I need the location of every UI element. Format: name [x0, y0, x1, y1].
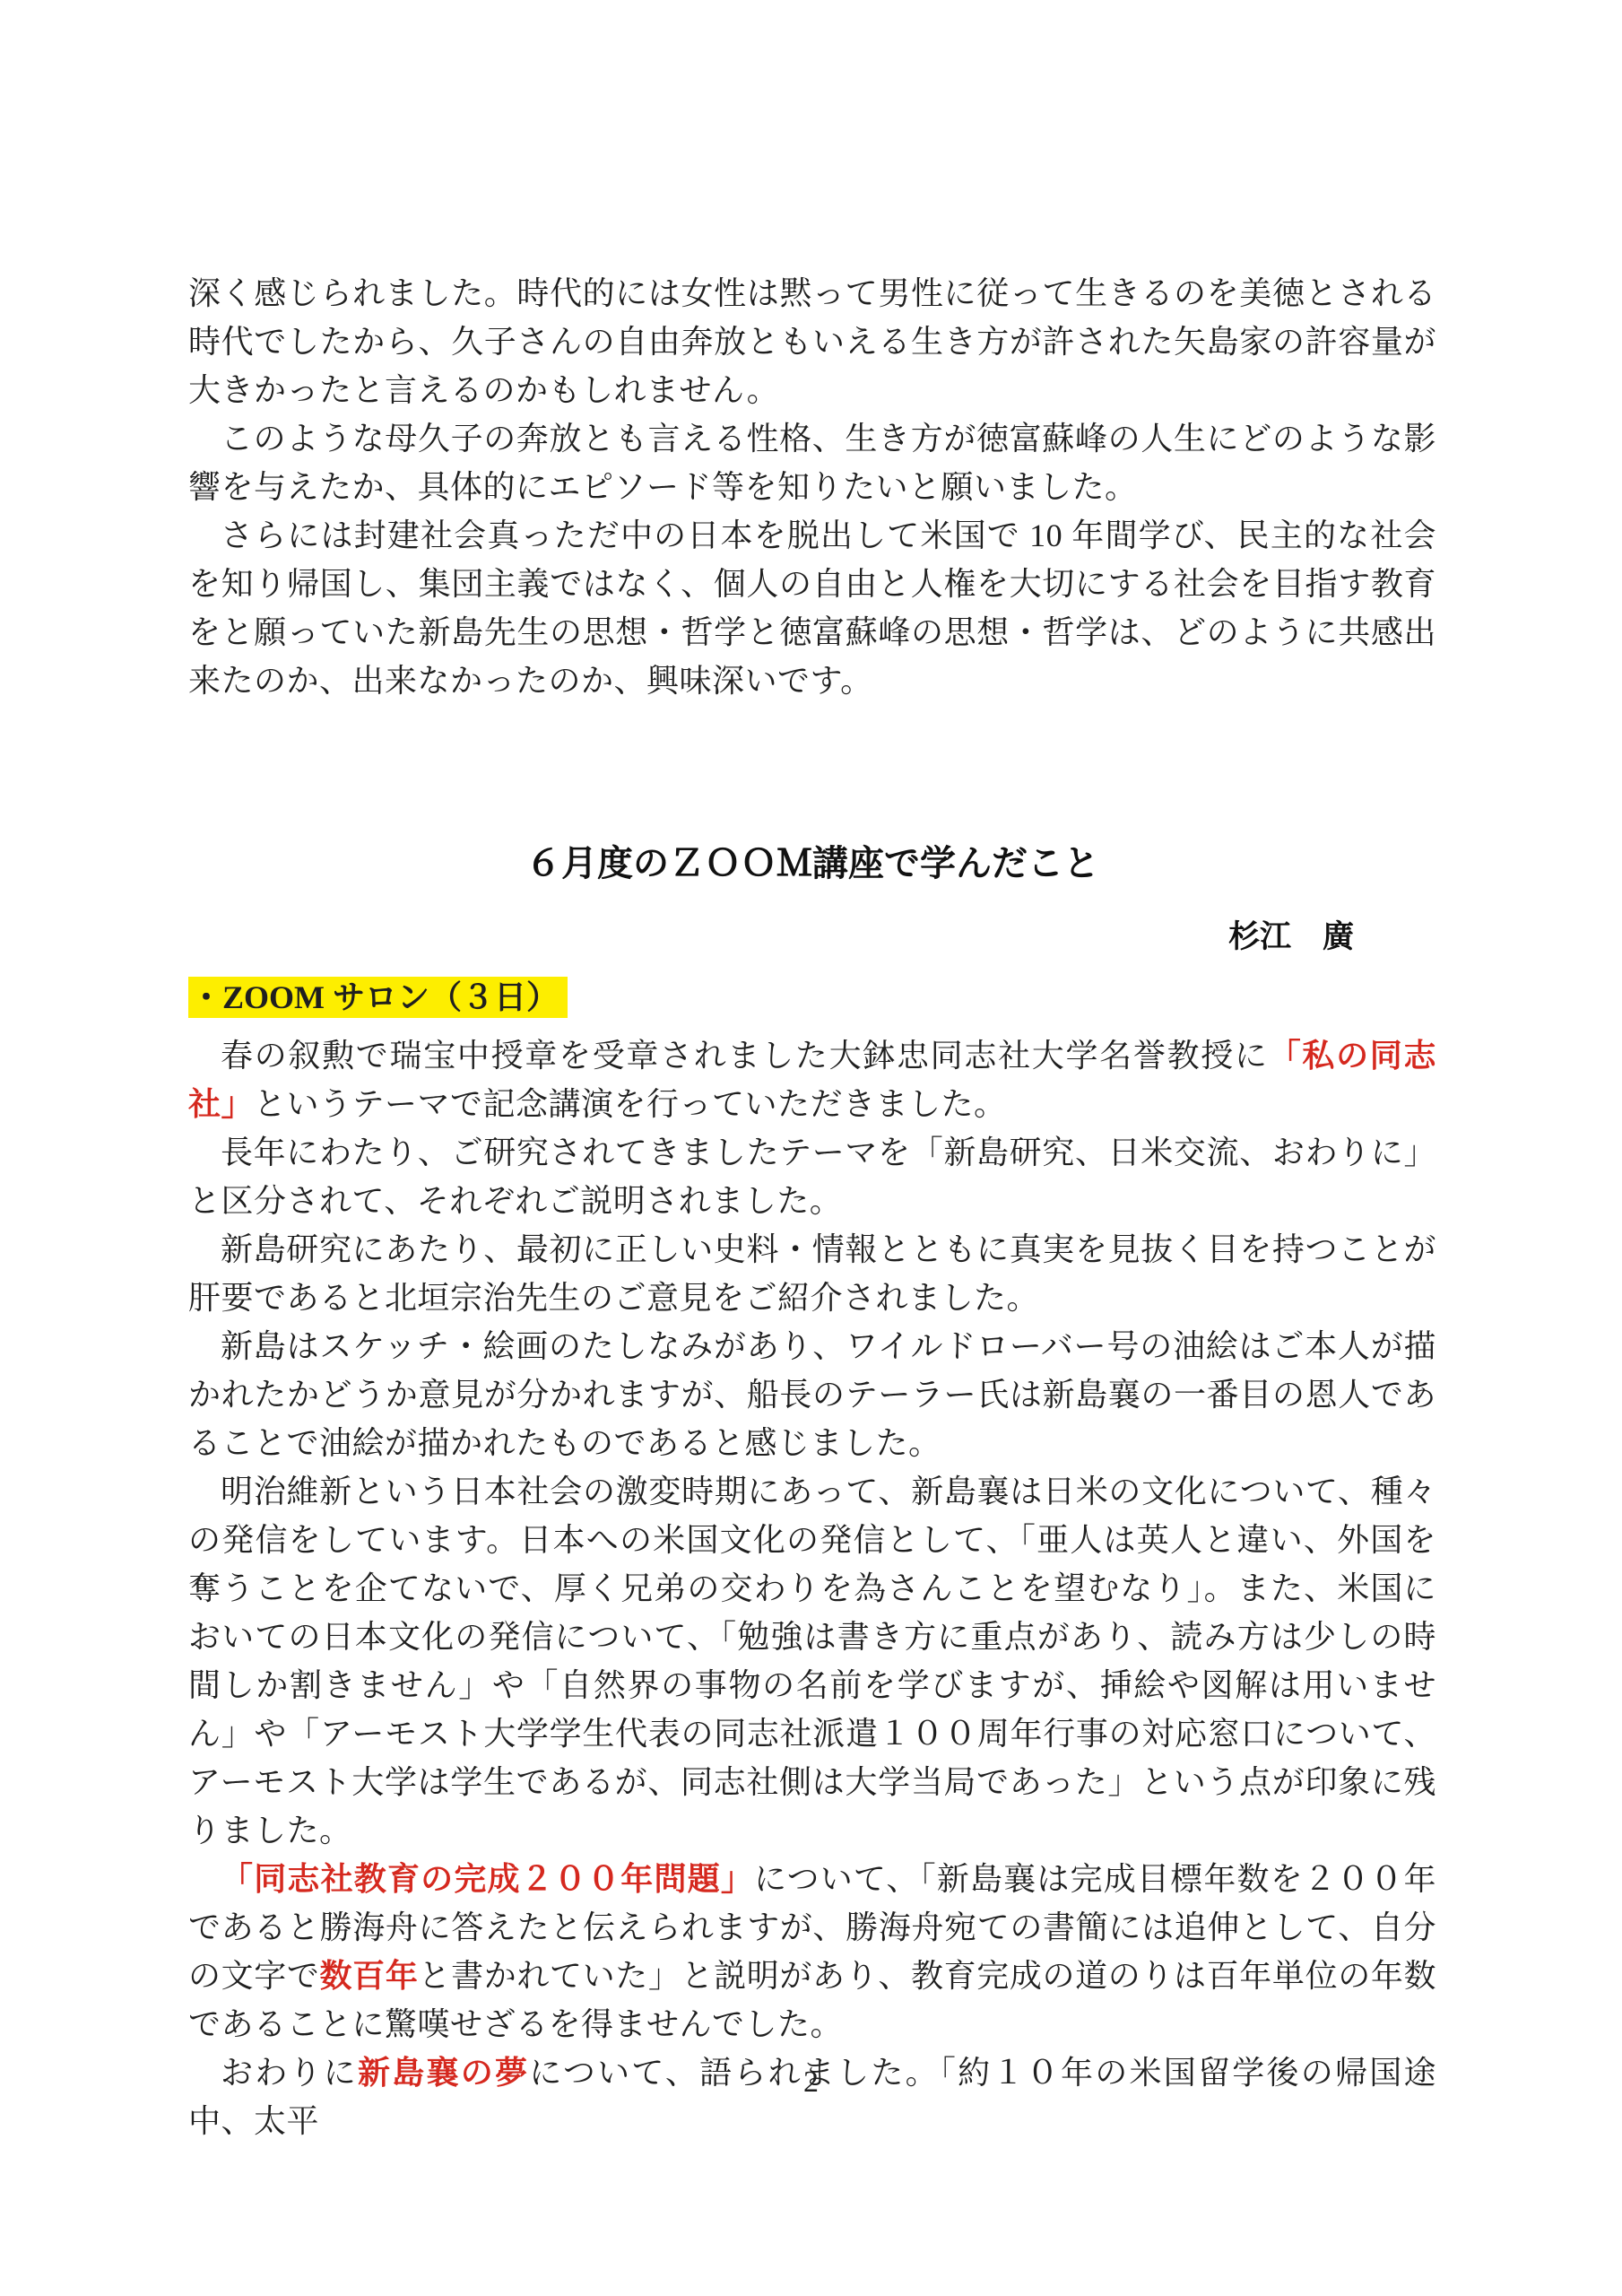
paragraph-salon-4: 新島はスケッチ・絵画のたしなみがあり、ワイルドローバー号の油絵はご本人が描かれた…: [188, 1322, 1436, 1467]
text-run: 新島はスケッチ・絵画のたしなみがあり、ワイルドローバー号の油絵はご本人が描かれた…: [188, 1328, 1436, 1461]
text-run: さらには封建社会真っただ中の日本を脱出して米国で 10 年間学び、民主的な社会を…: [188, 517, 1436, 699]
text-run: というテーマで記念講演を行っていただきました。: [254, 1086, 1007, 1122]
section-title: ６月度のＺＯＯＭ講座で学んだこと: [188, 838, 1436, 890]
page-number: 2: [0, 2065, 1622, 2100]
salon-heading: ・ZOOM サロン（３日）: [188, 972, 1436, 1022]
paragraph-salon-5: 明治維新という日本社会の激変時期にあって、新島襄は日米の文化について、種々の発信…: [188, 1467, 1436, 1855]
text-column: 深く感じられました。時代的には女性は黙って男性に従って生きるのを美徳とされる時代…: [188, 269, 1436, 2145]
text-run: 長年にわたり、ご研究されてきましたテーマを「新島研究、日米交流、おわりに」と区分…: [188, 1135, 1436, 1219]
red-emphasis: 数百年: [320, 1958, 419, 1994]
paragraph-salon-3: 新島研究にあたり、最初に正しい史料・情報とともに真実を見抜く目を持つことが肝要で…: [188, 1225, 1436, 1322]
text-run: 春の叙勲で瑞宝中授章を受章されました大鉢忠同志社大学名誉教授に: [221, 1038, 1269, 1074]
red-emphasis: 「同志社教育の完成２００年問題」: [221, 1861, 754, 1897]
paragraph-salon-6: 「同志社教育の完成２００年問題」について、「新島襄は完成目標年数を２００年である…: [188, 1855, 1436, 2048]
paragraph-salon-2: 長年にわたり、ご研究されてきましたテーマを「新島研究、日米交流、おわりに」と区分…: [188, 1128, 1436, 1225]
text-run: このような母久子の奔放とも言える性格、生き方が徳富蘇峰の人生にどのような影響を与…: [188, 421, 1436, 505]
text-run: 新島研究にあたり、最初に正しい史料・情報とともに真実を見抜く目を持つことが肝要で…: [188, 1231, 1436, 1316]
body-section: 春の叙勲で瑞宝中授章を受章されました大鉢忠同志社大学名誉教授に「私の同志社」とい…: [188, 1031, 1436, 2145]
paragraph-intro-1: 深く感じられました。時代的には女性は黙って男性に従って生きるのを美徳とされる時代…: [188, 269, 1436, 414]
text-run: 明治維新という日本社会の激変時期にあって、新島襄は日米の文化について、種々の発信…: [188, 1474, 1436, 1848]
highlighted-text: ・ZOOM サロン（３日）: [188, 977, 568, 1018]
paragraph-intro-3: さらには封建社会真っただ中の日本を脱出して米国で 10 年間学び、民主的な社会を…: [188, 511, 1436, 705]
paragraph-intro-2: このような母久子の奔放とも言える性格、生き方が徳富蘇峰の人生にどのような影響を与…: [188, 414, 1436, 511]
text-run: 深く感じられました。時代的には女性は黙って男性に従って生きるのを美徳とされる時代…: [188, 275, 1436, 408]
document-page: 深く感じられました。時代的には女性は黙って男性に従って生きるのを美徳とされる時代…: [0, 0, 1622, 2296]
paragraph-salon-1: 春の叙勲で瑞宝中授章を受章されました大鉢忠同志社大学名誉教授に「私の同志社」とい…: [188, 1031, 1436, 1128]
author-name: 杉江 廣: [188, 913, 1436, 961]
